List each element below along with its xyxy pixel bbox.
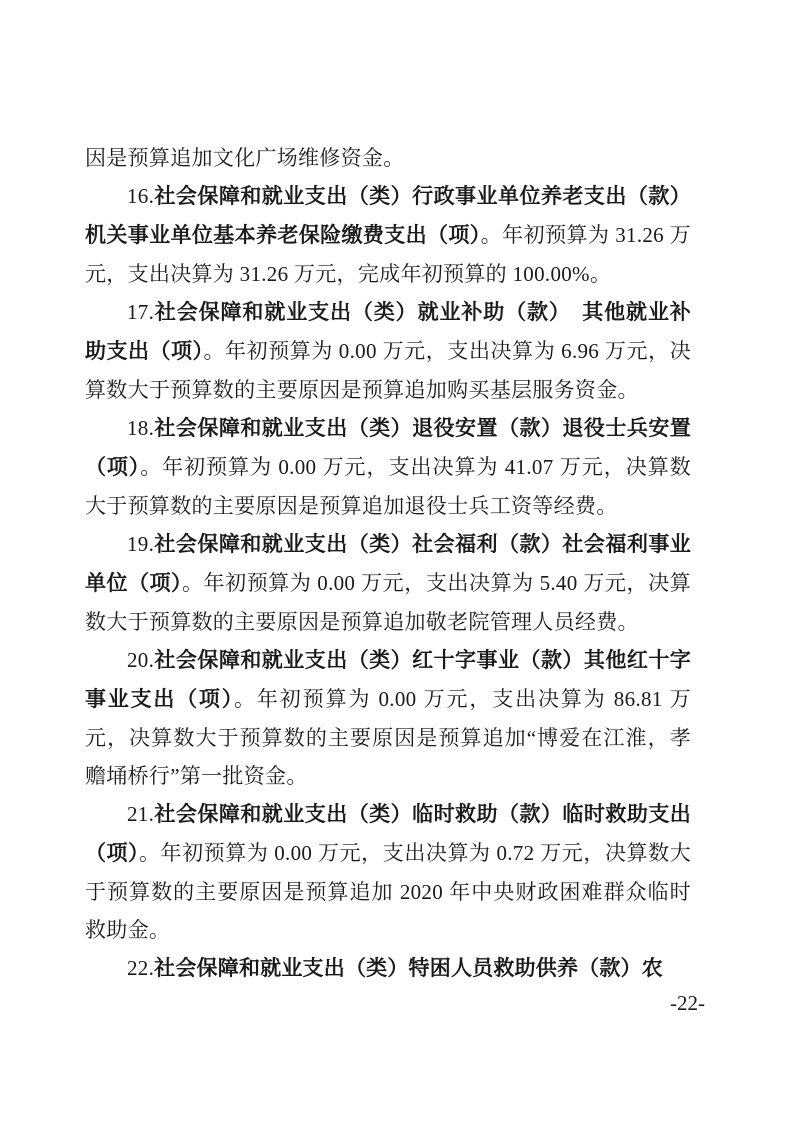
budget-item-20: 20.社会保障和就业支出（类）红十字事业（款）其他红十字事业支出（项）。年初预算… <box>85 641 691 795</box>
item-number: 18. <box>127 416 154 440</box>
budget-item-21: 21.社会保障和就业支出（类）临时救助（款）临时救助支出（项）。年初预算为 0.… <box>85 795 691 949</box>
budget-item-18: 18.社会保障和就业支出（类）退役安置（款）退役士兵安置（项）。年初预算为 0.… <box>85 409 691 525</box>
continuation-paragraph: 因是预算追加文化广场维修资金。 <box>85 139 691 177</box>
continuation-text: 因是预算追加文化广场维修资金。 <box>85 146 405 170</box>
item-body: 。年初预算为 0.00 万元，支出决算为 41.07 万元，决算数大于预算数的主… <box>85 455 691 518</box>
budget-item-17: 17.社会保障和就业支出（类）就业补助（款） 其他就业补助支出（项）。年初预算为… <box>85 293 691 409</box>
budget-item-16: 16.社会保障和就业支出（类）行政事业单位养老支出（款）机关事业单位基本养老保险… <box>85 177 691 293</box>
budget-item-22: 22.社会保障和就业支出（类）特困人员救助供养（款）农 <box>85 949 691 988</box>
budget-item-19: 19.社会保障和就业支出（类）社会福利（款）社会福利事业单位（项）。年初预算为 … <box>85 525 691 641</box>
item-number: 16. <box>127 184 154 208</box>
page-number: -22- <box>670 991 705 1015</box>
item-number: 22. <box>127 956 154 980</box>
document-body: 因是预算追加文化广场维修资金。 16.社会保障和就业支出（类）行政事业单位养老支… <box>85 139 691 988</box>
item-number: 21. <box>127 802 154 826</box>
document-page: 因是预算追加文化广场维修资金。 16.社会保障和就业支出（类）行政事业单位养老支… <box>0 0 793 1122</box>
item-number: 17. <box>127 300 154 324</box>
item-title: 社会保障和就业支出（类）特困人员救助供养（款）农 <box>154 957 663 980</box>
item-number: 19. <box>127 532 154 556</box>
item-number: 20. <box>127 648 154 672</box>
item-body: 。年初预算为 0.00 万元，支出决算为 0.72 万元，决算数大于预算数的主要… <box>85 841 691 942</box>
